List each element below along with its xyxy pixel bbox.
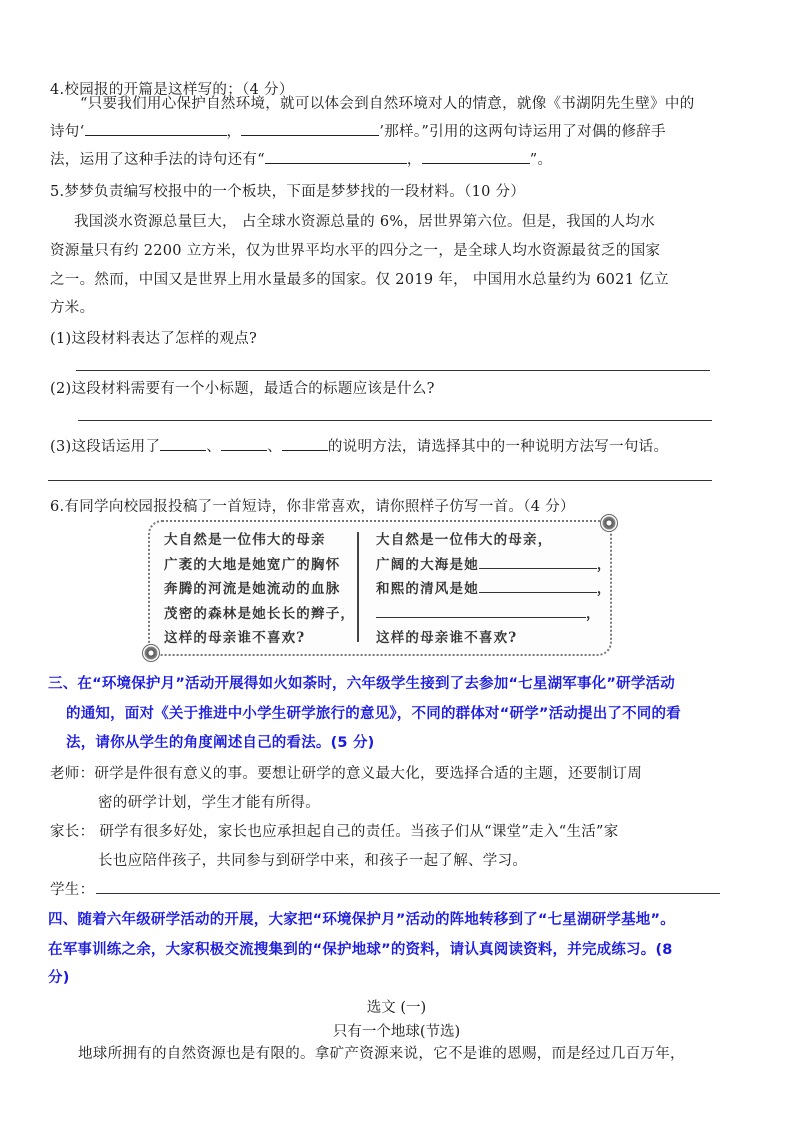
poem-imitation-line: 广阔的大海是她，	[376, 553, 612, 578]
q4-poem-blank-1[interactable]	[85, 121, 227, 136]
student-label: 学生：	[50, 878, 94, 899]
q5-sub1: (1)这段材料表达了怎样的观点?	[50, 327, 257, 348]
teacher-opinion-cont: 密的研学计划，学生才能有所得。	[98, 791, 320, 812]
q4-line2: 诗句‘，’那样。”引用的这两句诗运用了对偶的修辞手	[50, 120, 666, 141]
poem-sample-line: 奔腾的河流是她流动的血脉	[164, 577, 355, 602]
parent-opinion: 家长： 研学有很多好处，家长也应承担起自己的责任。当孩子们从“课堂”走入“生活”…	[50, 820, 619, 841]
poem-blank-line4[interactable]	[376, 605, 586, 618]
q4-poem-blank-3[interactable]	[265, 149, 407, 164]
q5-sub3: (3)这段话运用了、、的说明方法，请选择其中的一种说明方法写一句话。	[50, 435, 668, 456]
q5-method-blank-3[interactable]	[282, 436, 328, 451]
poem-sample-line: 广袤的大地是她宽广的胸怀	[164, 553, 355, 578]
q4-line3-suffix: ”。	[530, 152, 553, 168]
q4-line2-suffix: ’那样。”引用的这两句诗运用了对偶的修辞手	[379, 124, 666, 140]
poem-sample-line: 大自然是一位伟大的母亲	[164, 528, 355, 553]
section3-heading: 三、在“环境保护月”活动开展得如火如荼时，六年级学生接到了去参加“七星湖军事化”…	[48, 672, 675, 693]
section4-heading: 在军事训练之余，大家积极交流搜集到的“保护地球”的资料，请认真阅读资料，并完成练…	[48, 938, 673, 959]
q6-title: 6.有同学向校园报投稿了一首短诗，你非常喜欢，请你照样子仿写一首。（4 分）	[50, 495, 575, 516]
parent-opinion-cont: 长也应陪伴孩子，共同参与到研学中来，和孩子一起了解、学习。	[98, 849, 527, 870]
poem-blank-sea[interactable]	[479, 556, 597, 569]
teacher-label: 老师：	[50, 766, 94, 782]
poem-imitation-line: 这样的母亲谁不喜欢?	[376, 626, 612, 651]
flower-ornament-icon	[142, 644, 160, 662]
q5-sub2: (2)这段材料需要有一个小标题，最适合的标题应该是什么?	[50, 377, 435, 398]
q4-line3: 法，运用了这种手法的诗句还有“，”。	[50, 148, 552, 169]
poem-sample-line: 这样的母亲谁不喜欢?	[164, 626, 355, 651]
article-first-line: 地球所拥有的自然资源也是有限的。拿矿产资源来说，它不是谁的恩赐，而是经过几百万年…	[78, 1042, 685, 1063]
poem-sample: 大自然是一位伟大的母亲 广袤的大地是她宽广的胸怀 奔腾的河流是她流动的血脉 茂密…	[164, 528, 355, 651]
q5-sub3-suffix: 的说明方法，请选择其中的一种说明方法写一句话。	[328, 439, 668, 455]
q5-material-line: 我国淡水资源总量巨大， 占全球水资源总量的 6%，居世界第六位。但是，我国的人均…	[74, 210, 655, 231]
poem-blank-breeze[interactable]	[479, 580, 597, 593]
q5-sep: 、	[267, 439, 282, 455]
section4-heading: 四、随着六年级研学活动的开展，大家把“环境保护月”活动的阵地转移到了“七星湖研学…	[48, 908, 675, 929]
q4-poem-blank-4[interactable]	[422, 149, 530, 164]
poem-box: 大自然是一位伟大的母亲 广袤的大地是她宽广的胸怀 奔腾的河流是她流动的血脉 茂密…	[148, 520, 612, 656]
q5-sub3-prefix: (3)这段话运用了	[50, 439, 160, 455]
poem-imitation-line: 大自然是一位伟大的母亲，	[376, 528, 612, 553]
q5-sub2-answer-line[interactable]	[78, 420, 712, 421]
section3-heading: 的通知，面对《关于推进中小学生研学旅行的意见》，不同的群体对“研学”活动提出了不…	[66, 702, 681, 723]
q4-line3-prefix: 法，运用了这种手法的诗句还有“	[50, 152, 265, 168]
student-answer-line[interactable]	[96, 893, 720, 894]
poem-imitation-line: ，	[376, 602, 612, 627]
q5-sub1-answer-line[interactable]	[76, 370, 710, 371]
poem-divider	[357, 532, 359, 642]
q5-title: 5.梦梦负责编写校报中的一个板块，下面是梦梦找的一段材料。（10 分）	[50, 180, 525, 201]
section3-heading: 法，请你从学生的角度阐述自己的看法。(5 分)	[66, 731, 375, 752]
q5-material-line: 方米。	[50, 296, 94, 317]
q5-method-blank-2[interactable]	[221, 436, 267, 451]
q4-line2-prefix: 诗句‘	[50, 124, 85, 140]
q5-sep: 、	[206, 439, 221, 455]
q5-material-line: 之一。然而，中国又是世界上用水量最多的国家。仅 2019 年， 中国用水总量约为…	[50, 268, 669, 289]
q5-method-blank-1[interactable]	[160, 436, 206, 451]
q4-poem-blank-2[interactable]	[241, 121, 379, 136]
poem-sample-line: 茂密的森林是她长长的辫子，	[164, 602, 355, 627]
selection-label: 选文 (一)	[0, 996, 793, 1017]
q4-line1: “只要我们用心保护自然环境，就可以体会到自然环境对人的情意，就像《书湖阴先生壁》…	[80, 92, 695, 113]
teacher-opinion: 老师：研学是件很有意义的事。要想让研学的意义最大化，要选择合适的主题，还要制订周	[50, 762, 642, 783]
article-title: 只有一个地球(节选)	[0, 1020, 793, 1041]
parent-label: 家长：	[50, 824, 94, 840]
poem-imitation: 大自然是一位伟大的母亲， 广阔的大海是她， 和熙的清风是她， ， 这样的母亲谁不…	[376, 528, 612, 651]
q5-sub3-answer-line[interactable]	[48, 480, 712, 481]
section4-heading: 分)	[48, 966, 70, 987]
q4-sep: ，	[227, 124, 242, 140]
poem-imitation-line: 和熙的清风是她，	[376, 577, 612, 602]
q4-sep: ，	[407, 152, 422, 168]
q5-material-line: 资源量只有约 2200 立方米，仅为世界平均水平的四分之一，是全球人均水资源最贫…	[50, 239, 660, 260]
